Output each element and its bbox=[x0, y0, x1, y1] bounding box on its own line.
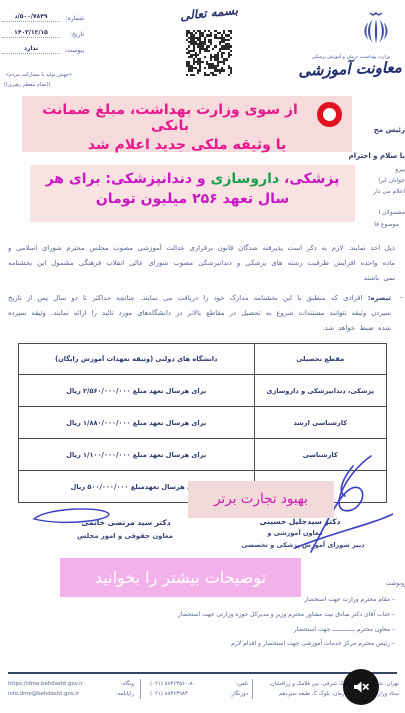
web-label: وبگاه: bbox=[121, 679, 134, 689]
slogan-line2: ((مقام معظم رهبری)) bbox=[4, 82, 51, 88]
slogan-line1: «جهش تولید با مشارکت مردم» bbox=[6, 72, 72, 78]
web-value: https://dme.behdasht.gov.ir bbox=[8, 679, 83, 689]
table-row: پزشکی، دندانپزشکی و داروسازی برای هرسال … bbox=[19, 375, 387, 407]
cc-item: رئیس محترم مرکز خدمات آموزشی جهت استحضار… bbox=[231, 640, 395, 647]
email-value: info.dme@behdasht.gov.ir bbox=[8, 689, 79, 699]
body-fragment-3: اعلام می دار bbox=[373, 188, 405, 195]
footer-divider bbox=[8, 672, 397, 674]
number-label: شماره: bbox=[60, 15, 84, 22]
read-more-caption: توضیحات بیشتر را بخوانید bbox=[60, 558, 301, 597]
note-label: تبصره: bbox=[368, 294, 391, 302]
annotation-box-amount: پزشکی، داروسازی و دندانپزشکی: برای هر سا… bbox=[30, 165, 355, 222]
footer-web: وبگاه:https://dme.behdasht.gov.ir رایانا… bbox=[8, 679, 134, 699]
letter-meta: شماره: ۵۰۰/۷۸۴۹/د تاریخ: ۱۴۰۳/۱۲/۱۵ پیوس… bbox=[2, 13, 84, 61]
number-value: ۵۰۰/۷۸۴۹/د bbox=[2, 13, 60, 22]
footer-phones: تلفن:۸۸۳۶۳۵۶۰-۸۰ (۰۲۱) دورنگار:۸۸۳۶۳۹۸۳ … bbox=[150, 679, 248, 699]
cell-amount: برای هرسال تعهد مبلغ ۱/۸۸۰/۰۰۰/۰۰۰ ریال bbox=[19, 407, 255, 439]
body-fragment-1: پیرو bbox=[395, 166, 405, 173]
fax-value: ۸۸۳۶۳۹۸۳ (۰۲۱) bbox=[150, 689, 188, 699]
date-value: ۱۴۰۳/۱۲/۱۵ bbox=[2, 29, 60, 38]
body-fragment-2: جوانان ایرا bbox=[378, 177, 405, 184]
body-fragment-4: مشمولان ا bbox=[378, 209, 405, 216]
mute-button[interactable] bbox=[343, 669, 379, 705]
body-paragraph-1: ذیل اخذ نمایند. لازم به ذکر است پذیرفته … bbox=[8, 241, 395, 286]
body-paragraph-note: تبصره: افرادی که منطبق با این بخشنامه مد… bbox=[8, 291, 391, 336]
table-header-row: مقطع تحصیلی دانشگاه های دولتی (وثیقه تعه… bbox=[19, 344, 387, 375]
attachment-label: پیوست: bbox=[60, 47, 84, 54]
deputy-title: معاونت آموزشی bbox=[295, 58, 405, 80]
iran-emblem-icon bbox=[357, 8, 395, 54]
fax-label: دورنگار: bbox=[230, 689, 248, 699]
cc-label: رونوشت bbox=[386, 580, 405, 587]
meta-date: تاریخ: ۱۴۰۳/۱۲/۱۵ bbox=[2, 29, 84, 38]
col-header-level: مقطع تحصیلی bbox=[254, 344, 386, 375]
phone-label: تلفن: bbox=[236, 679, 248, 689]
note-text: افرادی که منطبق با این بخشنامه مدارک خود… bbox=[8, 294, 391, 332]
date-label: تاریخ: bbox=[60, 31, 84, 38]
annotation-line: سال تعهد ۲۵۶ میلیون تومان bbox=[30, 191, 355, 207]
cc-item: معاون محترم ـــــــــــــ جهت استحضار bbox=[294, 626, 395, 633]
salutation: با سلام و احترام bbox=[349, 152, 405, 160]
watermark-text: بهبود تجارت برتر bbox=[188, 481, 334, 518]
recipient-fragment: رئیس مح bbox=[374, 126, 405, 134]
cell-level: پزشکی، دندانپزشکی و داروسازی bbox=[254, 375, 386, 407]
highlight-green: داروسازی bbox=[210, 171, 279, 187]
cc-item: جناب آقای دکتر صادق نیت مشاور محترم وزیر… bbox=[178, 611, 395, 618]
qr-code bbox=[186, 30, 232, 76]
annotation-line: از سوی وزارت بهداشت، مبلغ ضمانت بانکی bbox=[28, 102, 312, 134]
meta-attachment: پیوست: ندارد bbox=[2, 45, 84, 54]
letter-screenshot: وزارت بهداشت، درمان و آموزش پزشکی معاونت… bbox=[0, 0, 405, 713]
cell-amount: برای هرسال تعهد مبلغ ۲/۵۶۰/۰۰۰/۰۰۰ ریال bbox=[19, 375, 255, 407]
signer-left-title: معاون حقوقی و امور مجلس bbox=[60, 532, 190, 540]
annotation-line: یا وثیقه ملکی جدید اعلام شد bbox=[22, 137, 352, 153]
attachment-value: ندارد bbox=[2, 45, 60, 54]
table-row: کارشناسی ارشد برای هرسال تعهد مبلغ ۱/۸۸۰… bbox=[19, 407, 387, 439]
cc-item: مقام محترم وزارت جهت استحضار bbox=[304, 596, 395, 603]
red-circle-icon bbox=[317, 102, 342, 127]
signature-scribble-left bbox=[28, 505, 120, 529]
col-header-amount: دانشگاه های دولتی (وثیقه تعهدات آموزش را… bbox=[19, 344, 255, 375]
note-dash: – bbox=[400, 293, 404, 301]
bismillah-calligraphy: بسمه تعالی bbox=[171, 2, 246, 24]
speaker-muted-icon bbox=[352, 678, 370, 696]
annotation-box-bank-guarantee: از سوی وزارت بهداشت، مبلغ ضمانت بانکی یا… bbox=[22, 96, 352, 152]
footer-separator bbox=[252, 679, 253, 699]
body-fragment-5: موضوع قا bbox=[374, 221, 399, 228]
annotation-line: پزشکی، داروسازی و دندانپزشکی: برای هر bbox=[30, 171, 355, 187]
cell-amount: برای هرسال تعهد مبلغ ۱/۱۰۰/۰۰۰/۰۰۰ ریال bbox=[19, 439, 255, 471]
email-label: رایانامه: bbox=[116, 689, 134, 699]
footer-separator bbox=[140, 679, 141, 699]
phone-value: ۸۸۳۶۳۵۶۰-۸۰ (۰۲۱) bbox=[150, 679, 196, 689]
cell-level: کارشناسی ارشد bbox=[254, 407, 386, 439]
meta-number: شماره: ۵۰۰/۷۸۴۹/د bbox=[2, 13, 84, 22]
